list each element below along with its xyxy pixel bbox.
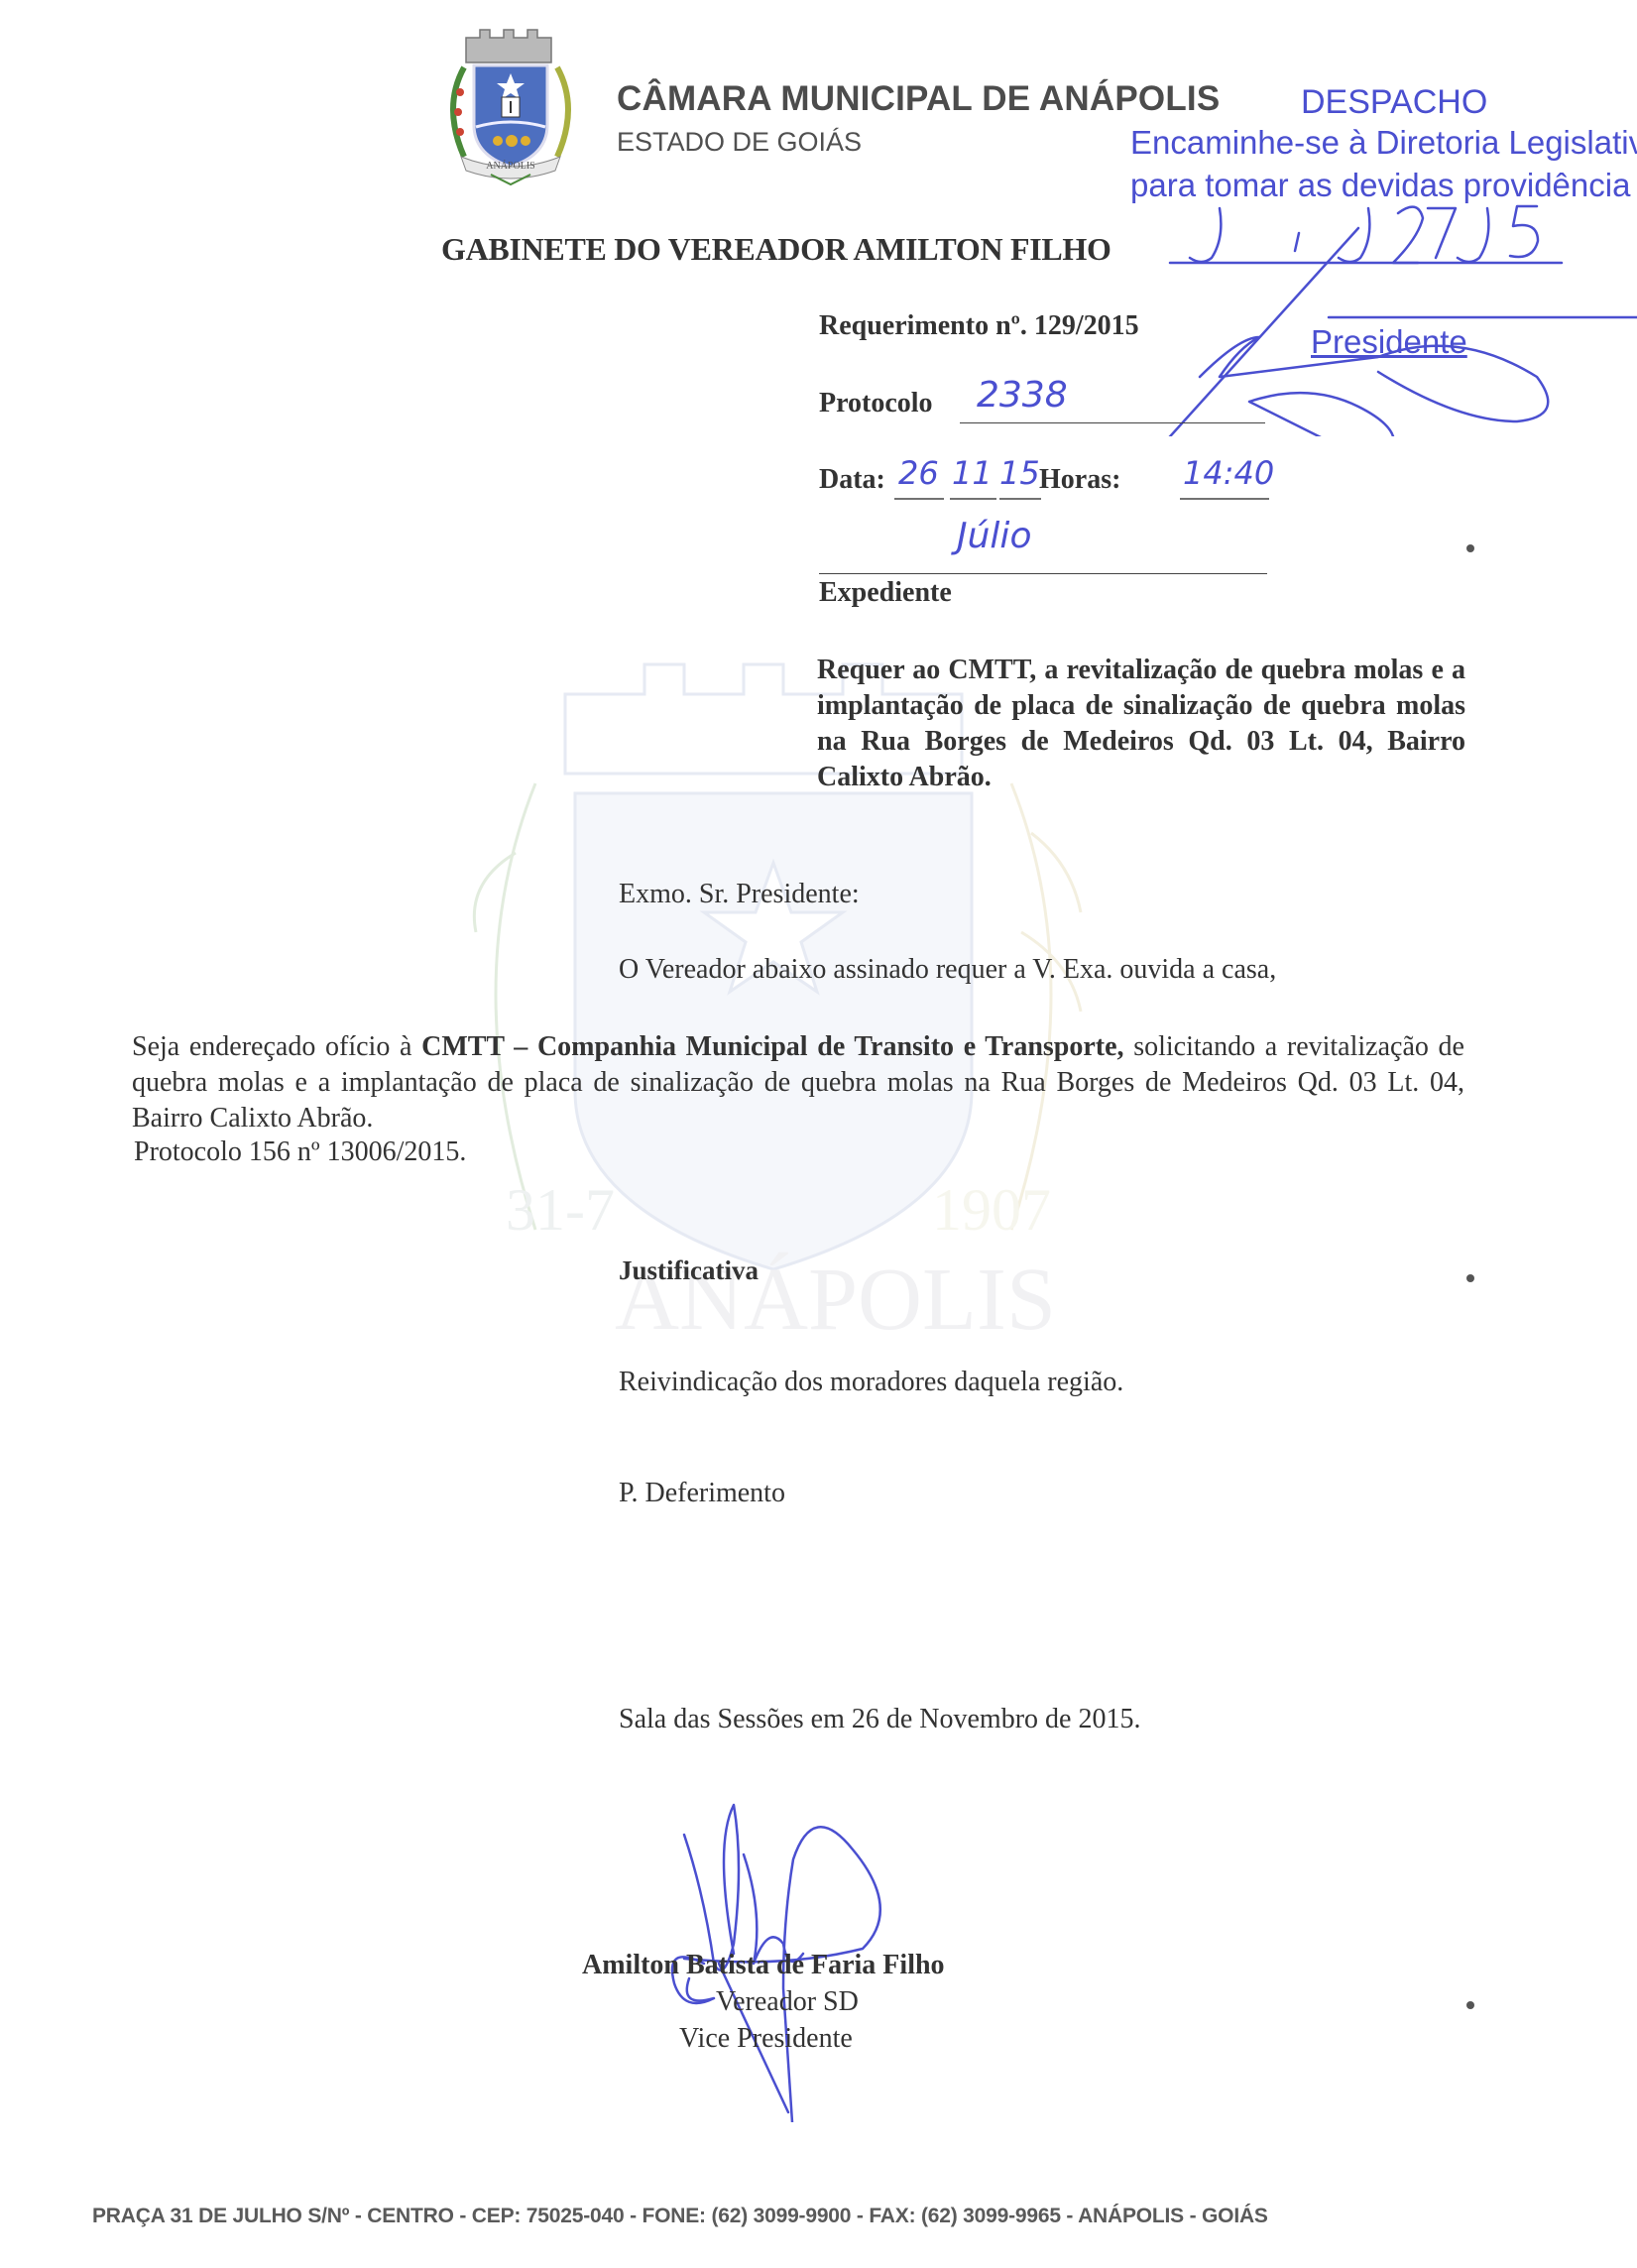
margin-mark [1466, 1274, 1474, 1282]
closing-text: P. Deferimento [619, 1478, 785, 1509]
data-month-value: 11 [952, 454, 993, 492]
request-prefix: Seja endereçado ofício à [132, 1031, 421, 1062]
office-heading: GABINETE DO VEREADOR AMILTON FILHO [441, 231, 1111, 268]
signer-title: Vice Presidente [679, 2023, 853, 2055]
data-year-value: 15 [999, 454, 1040, 492]
expediente-signature-line [819, 573, 1267, 574]
horas-label: Horas: [1039, 464, 1120, 496]
place-date: Sala das Sessões em 26 de Novembro de 20… [619, 1704, 1140, 1735]
date-field-lines [892, 496, 1309, 502]
margin-mark [1466, 2001, 1474, 2009]
protocolo-label: Protocolo [819, 388, 933, 419]
justificativa-text: Reivindicação dos moradores daquela regi… [619, 1367, 1123, 1398]
protocolo-value: 2338 [977, 375, 1068, 416]
despacho-stamp-line: Encaminhe-se à Diretoria Legislativ [1130, 124, 1637, 162]
margin-mark [1466, 544, 1474, 552]
salutation: Exmo. Sr. Presidente: [619, 879, 860, 910]
request-summary: Requer ao CMTT, a revitalização de quebr… [817, 653, 1465, 795]
request-entity: CMTT – Companhia Municipal de Transito e… [421, 1031, 1123, 1062]
data-label: Data: [819, 464, 885, 496]
horas-value: 14:40 [1183, 454, 1274, 492]
expediente-label: Expediente [819, 577, 952, 609]
protocolo-field-line [960, 422, 1265, 423]
signer-name: Amilton Batista de Faria Filho [582, 1950, 945, 1981]
coat-of-arms-icon: ANÁPOLIS [436, 18, 585, 186]
receiver-signature: Júlio [957, 516, 1031, 556]
svg-text:ANÁPOLIS: ANÁPOLIS [486, 160, 534, 172]
footer-address: PRAÇA 31 DE JULHO S/Nº - CENTRO - CEP: 7… [92, 2205, 1268, 2228]
requerimento-number: Requerimento nº. 129/2015 [819, 310, 1139, 342]
despacho-date-signature-icon [1091, 188, 1637, 436]
organization-state: ESTADO DE GOIÁS [617, 127, 862, 158]
signer-role: Vereador SD [716, 1986, 859, 2018]
svg-text:31-7: 31-7 [506, 1177, 615, 1243]
organization-name: CÂMARA MUNICIPAL DE ANÁPOLIS [617, 79, 1220, 119]
justificativa-heading: Justificativa [619, 1255, 759, 1286]
protocol-reference: Protocolo 156 nº 13006/2015. [134, 1136, 466, 1168]
intro-text: O Vereador abaixo assinado requer a V. E… [619, 954, 1276, 986]
svg-text:1907: 1907 [932, 1177, 1051, 1243]
despacho-stamp-title: DESPACHO [1301, 83, 1487, 122]
data-day-value: 26 [898, 454, 939, 492]
despacho-signer-label: Presidente [1311, 323, 1467, 361]
request-paragraph: Seja endereçado ofício à CMTT – Companhi… [132, 1029, 1464, 1136]
